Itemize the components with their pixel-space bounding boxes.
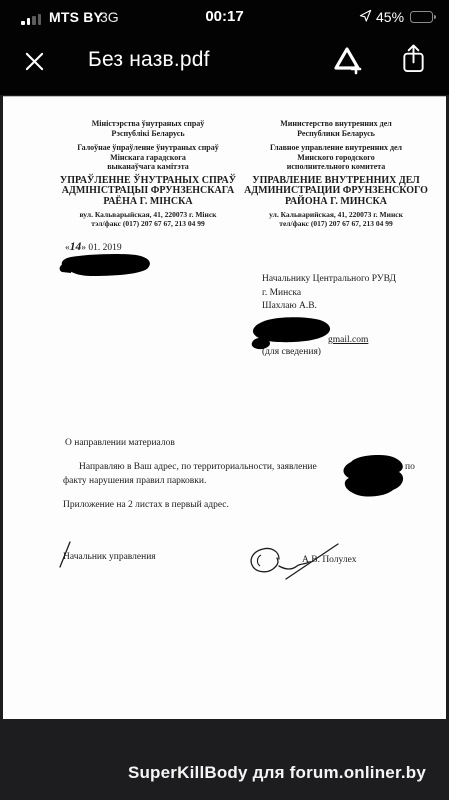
letterhead-line: Республики Беларусь <box>218 129 449 139</box>
signer-name: А.В. Полулех <box>302 555 356 565</box>
attachment-line: Приложение на 2 листах в первый адрес. <box>63 500 229 510</box>
location-services-icon <box>359 9 372 27</box>
top-chrome: MTS BY 3G 00:17 45% Без назв.pdf <box>0 0 449 95</box>
body-text-tail: по <box>405 462 415 472</box>
addressee-block: Начальнику Центрального РУВД г. Минска Ш… <box>262 273 396 314</box>
redaction-blob-body <box>337 453 405 503</box>
watermark: SuperKillBody для forum.onliner.by <box>128 763 426 783</box>
addressee-line: г. Минска <box>262 287 396 301</box>
share-icon <box>400 62 427 77</box>
redaction-blob <box>57 253 152 281</box>
letterhead-line: исполнительного комитета <box>218 162 449 172</box>
date-day-handwritten: 14 <box>70 241 82 253</box>
addressee-line: Начальнику Центрального РУВД <box>262 273 396 287</box>
subject-line: О направлении материалов <box>65 438 175 448</box>
email-visible-part: gmail.com <box>328 335 368 345</box>
pdf-viewer-header: Без назв.pdf <box>0 32 449 95</box>
letterhead-line: Минского городского <box>218 153 449 163</box>
document-title: Без назв.pdf <box>88 48 210 72</box>
iphone-screen: MTS BY 3G 00:17 45% Без назв.pdf <box>0 0 449 800</box>
addressee-line: Шахлаю А.В. <box>262 300 396 314</box>
pdf-page[interactable]: Міністэрства ўнутраных спраў Рэспублікі … <box>3 96 446 719</box>
letterhead-line: ул. Кальварийская, 41, 220073 г. Минск <box>218 210 449 219</box>
date-month-year: 01. 2019 <box>86 243 122 253</box>
signer-title: Начальник управления <box>63 552 156 562</box>
google-drive-add-icon <box>332 63 362 78</box>
letterhead-line: РАЙОНА Г. МИНСКА <box>218 197 449 208</box>
add-to-drive-button[interactable] <box>332 46 362 75</box>
battery-icon <box>410 11 433 23</box>
letterhead-line: тел/факс (017) 207 67 67, 213 04 99 <box>218 219 449 228</box>
close-icon <box>24 60 45 75</box>
letterhead-russian: Министерство внутренних дел Республики Б… <box>218 119 449 228</box>
letterhead-line: АДМИНИСТРАЦИИ ФРУНЗЕНСКОГО <box>218 186 449 197</box>
email-note: (для сведения) <box>262 347 321 357</box>
status-bar: MTS BY 3G 00:17 45% <box>0 0 449 32</box>
body-text-line: факту нарушения правил парковки. <box>63 476 206 486</box>
letterhead-line: Министерство внутренних дел <box>218 119 449 129</box>
body-text-line: Направляю в Ваш адрес, по территориально… <box>63 462 317 472</box>
close-button[interactable] <box>24 51 45 72</box>
letterhead-line: Главное управление внутренних дел <box>218 143 449 153</box>
share-button[interactable] <box>400 43 427 74</box>
battery-percent-label: 45% <box>376 9 404 25</box>
document-date: «14» 01. 2019 <box>65 241 122 253</box>
